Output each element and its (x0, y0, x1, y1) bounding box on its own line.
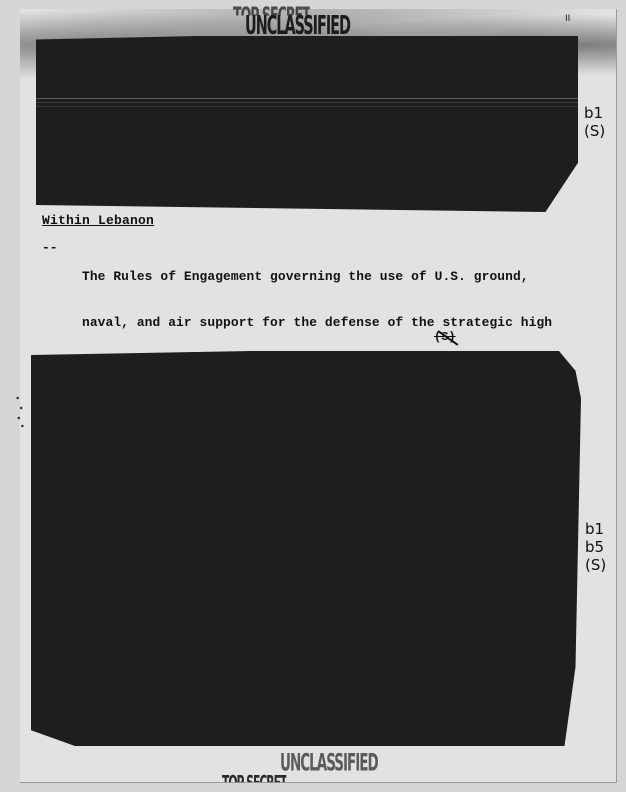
unclassified-stamp-top: UNCLASSIFIED (245, 10, 350, 40)
exemption-note-2: b1 b5 (S) (585, 520, 606, 574)
exemption-code: b1 (585, 520, 606, 538)
scan-specks (14, 390, 26, 430)
bullet-marker: -- (42, 240, 58, 255)
exemption-code: b1 (584, 104, 605, 122)
paragraph-line: naval, and air support for the defense o… (82, 315, 582, 330)
top-secret-stamp-bottom: TOP SECRET (222, 772, 286, 792)
section-heading: Within Lebanon (42, 213, 154, 228)
paragraph-line: The Rules of Engagement governing the us… (82, 269, 582, 284)
unclassified-stamp-bottom: UNCLASSIFIED (280, 748, 378, 777)
redaction-block-1 (36, 36, 578, 212)
exemption-code: b5 (585, 538, 606, 556)
exemption-code: (S) (585, 556, 606, 574)
redaction-block-2 (31, 351, 581, 746)
paragraph-classification-marking: (S) (434, 330, 456, 344)
exemption-note-1: b1 (S) (584, 104, 605, 140)
exemption-code: (S) (584, 122, 605, 140)
page-mark: II (565, 14, 570, 24)
